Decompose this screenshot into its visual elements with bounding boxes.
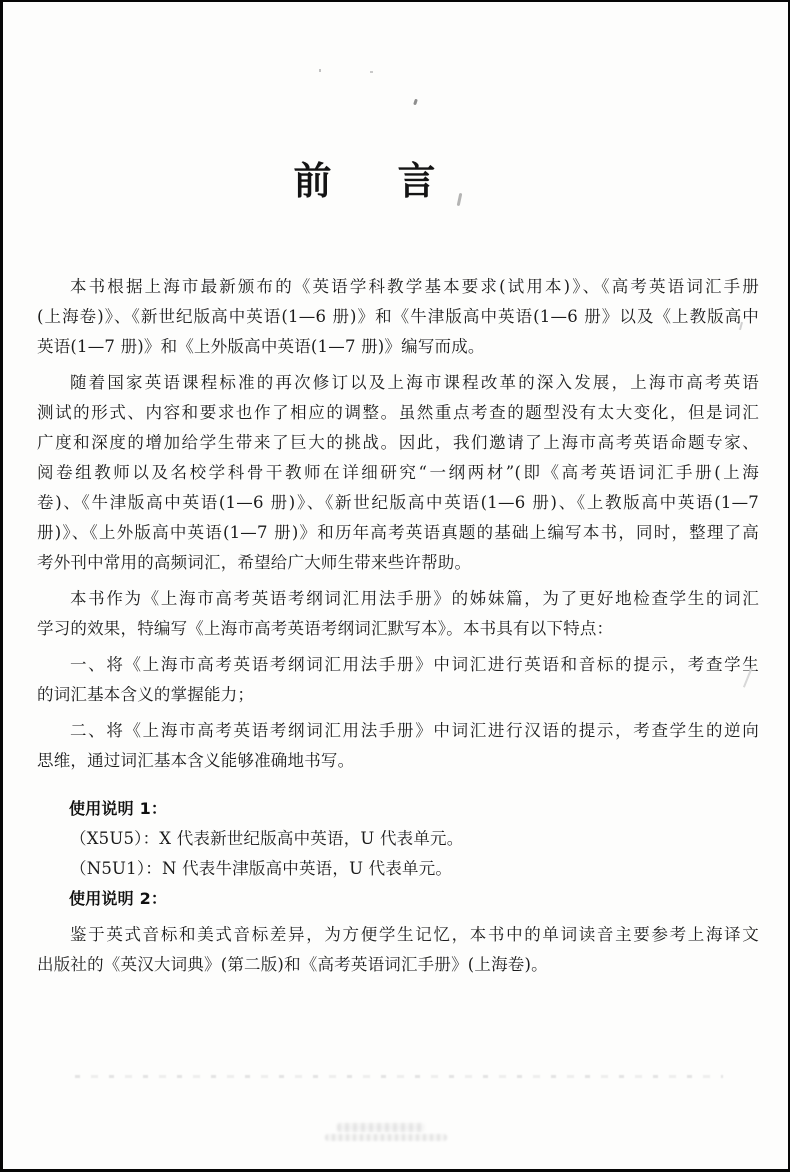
scan-speck xyxy=(319,69,321,72)
usage-heading-1: 使用说明 1： xyxy=(37,794,759,824)
paragraph-closing: 鉴于英式音标和美式音标差异，为方便学生记忆，本书中的单词读音主要参考上海译文 出… xyxy=(37,920,759,980)
usage-heading-2: 使用说明 2： xyxy=(37,884,759,914)
text-line: 随着国家英语课程标准的再次修订以及上海市课程改革的深入发展，上海市高考英语 xyxy=(37,368,759,398)
scan-speck xyxy=(370,71,373,73)
title-char-left: 前 xyxy=(293,158,331,203)
text-line: 英语(1—7 册)》和《上外版高中英语(1—7 册)》编写而成。 xyxy=(37,332,759,362)
page-title: 前言 xyxy=(3,162,788,200)
text-line: 卷)、《牛津版高中英语(1—6 册)》、《新世纪版高中英语(1—6 册)、《上教… xyxy=(37,488,759,518)
paragraph: 随着国家英语课程标准的再次修订以及上海市课程改革的深入发展，上海市高考英语 测试… xyxy=(37,368,759,578)
text-line: 册)》、《上外版高中英语(1—7 册)》和历年高考英语真题的基础上编写本书，同时… xyxy=(37,518,759,548)
title-char-right: 言 xyxy=(398,158,436,203)
scan-ink-dot xyxy=(413,99,418,106)
usage-item-x5u5: （X5U5）：X 代表新世纪版高中英语，U 代表单元。 xyxy=(37,824,759,854)
text-line: 的词汇基本含义的掌握能力； xyxy=(37,680,759,710)
text-line: 二、将《上海市高考英语考纲词汇用法手册》中词汇进行汉语的提示，考查学生的逆向 xyxy=(37,716,759,746)
text-line: 广度和深度的增加给学生带来了巨大的挑战。因此，我们邀请了上海市高考英语命题专家、 xyxy=(37,428,759,458)
text-line: (上海卷)》、《新世纪版高中英语(1—6 册)》和《牛津版高中英语(1—6 册》… xyxy=(37,302,759,332)
text-line: 鉴于英式音标和美式音标差异，为方便学生记忆，本书中的单词读音主要参考上海译文 xyxy=(37,920,759,950)
paragraph-feature-1: 一、将《上海市高考英语考纲词汇用法手册》中词汇进行英语和音标的提示，考查学生 的… xyxy=(37,650,759,710)
text-line: 一、将《上海市高考英语考纲词汇用法手册》中词汇进行英语和音标的提示，考查学生 xyxy=(37,650,759,680)
scan-smudge xyxy=(337,1123,425,1132)
usage-item-n5u1: （N5U1）：N 代表牛津版高中英语，U 代表单元。 xyxy=(37,854,759,884)
preface-body: 本书根据上海市最新颁布的《英语学科教学基本要求(试用本)》、《高考英语词汇手册 … xyxy=(37,272,759,980)
text-line: 本书作为《上海市高考英语考纲词汇用法手册》的姊妹篇，为了更好地检查学生的词汇 xyxy=(37,584,759,614)
scanned-preface-page: 前言 本书根据上海市最新颁布的《英语学科教学基本要求(试用本)》、《高考英语词汇… xyxy=(0,0,790,1172)
text-line: 学习的效果，特编写《上海市高考英语考纲词汇默写本》。本书具有以下特点： xyxy=(37,614,759,644)
paragraph-feature-2: 二、将《上海市高考英语考纲词汇用法手册》中词汇进行汉语的提示，考查学生的逆向 思… xyxy=(37,716,759,776)
text-line: 思维，通过词汇基本含义能够准确地书写。 xyxy=(37,746,759,776)
text-line: 出版社的《英汉大词典》(第二版)和《高考英语词汇手册》(上海卷)。 xyxy=(37,950,759,980)
usage-notes-section: 使用说明 1： （X5U5）：X 代表新世纪版高中英语，U 代表单元。 （N5U… xyxy=(37,794,759,980)
scan-dust-line xyxy=(75,1075,723,1078)
paragraph: 本书作为《上海市高考英语考纲词汇用法手册》的姊妹篇，为了更好地检查学生的词汇 学… xyxy=(37,584,759,644)
text-line: 本书根据上海市最新颁布的《英语学科教学基本要求(试用本)》、《高考英语词汇手册 xyxy=(37,272,759,302)
paragraph: 本书根据上海市最新颁布的《英语学科教学基本要求(试用本)》、《高考英语词汇手册 … xyxy=(37,272,759,362)
text-line: 阅卷组教师以及名校学科骨干教师在详细研究“一纲两材”(即《高考英语词汇手册(上海 xyxy=(37,458,759,488)
page-title-text: 前言 xyxy=(293,162,435,200)
text-line: 测试的形式、内容和要求也作了相应的调整。虽然重点考查的题型没有太大变化，但是词汇 xyxy=(37,398,759,428)
text-line: 考外刊中常用的高频词汇，希望给广大师生带来些许帮助。 xyxy=(37,548,759,578)
scan-smudge xyxy=(325,1134,447,1141)
